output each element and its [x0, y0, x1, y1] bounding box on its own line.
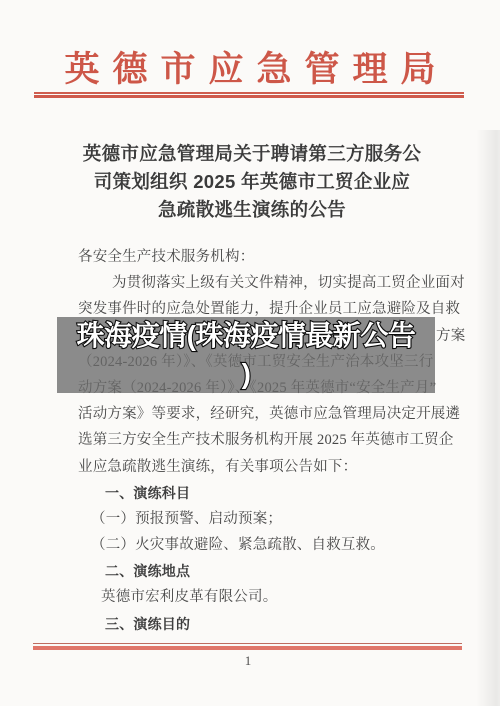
body-text-line: （二）火灾事故避险、紧急疏散、自救互救。: [78, 532, 474, 558]
body-text-line: 活动方案》等要求，经研究，英德市应急管理局决定开展遴: [78, 401, 474, 427]
document-title-line: 急疏散逃生演练的公告: [0, 196, 500, 224]
body-text-line: （一）预报预警、启动预案；: [78, 506, 474, 532]
document-title-line: 司策划组织 2025 年英德市工贸企业应: [0, 168, 500, 196]
letterhead-divider-thick-line: [34, 95, 464, 98]
footer-divider-thick-line: [33, 646, 462, 649]
body-text-line: 选第三方安全生产技术服务机构开展 2025 年英德市工贸企: [78, 427, 474, 453]
document-title-line: 英德市应急管理局关于聘请第三方服务公: [0, 140, 500, 168]
document-title: 英德市应急管理局关于聘请第三方服务公 司策划组织 2025 年英德市工贸企业应 …: [0, 140, 500, 224]
watermark-overlay: 珠海疫情(珠海疫情最新公告 ): [57, 317, 435, 393]
body-text-line: 一、演练科目: [78, 480, 474, 506]
body-text-line: 业应急疏散逃生演练，有关事项公告如下：: [78, 454, 474, 480]
document-body: 各安全生产技术服务机构：为贯彻落实上级有关文件精神，切实提高工贸企业面对突发事件…: [78, 244, 474, 637]
body-text-line: 三、演练目的: [78, 611, 474, 637]
watermark-text-line1: 珠海疫情(珠海疫情最新公告: [57, 317, 435, 355]
footer-divider: [33, 643, 462, 650]
agency-letterhead: 英德市应急管理局: [0, 47, 500, 93]
letterhead-divider: [34, 92, 464, 98]
document-page: 英德市应急管理局 英德市应急管理局关于聘请第三方服务公 司策划组织 2025 年…: [0, 0, 500, 706]
page-number: 1: [0, 653, 496, 669]
body-text-line: 二、演练地点: [78, 558, 474, 584]
body-text-line: 为贯彻落实上级有关文件精神，切实提高工贸企业面对: [78, 270, 474, 296]
body-text-line: 各安全生产技术服务机构：: [78, 244, 474, 270]
watermark-text-line2: ): [57, 355, 435, 393]
body-text-line: 英德市宏利皮革有限公司。: [78, 584, 474, 610]
